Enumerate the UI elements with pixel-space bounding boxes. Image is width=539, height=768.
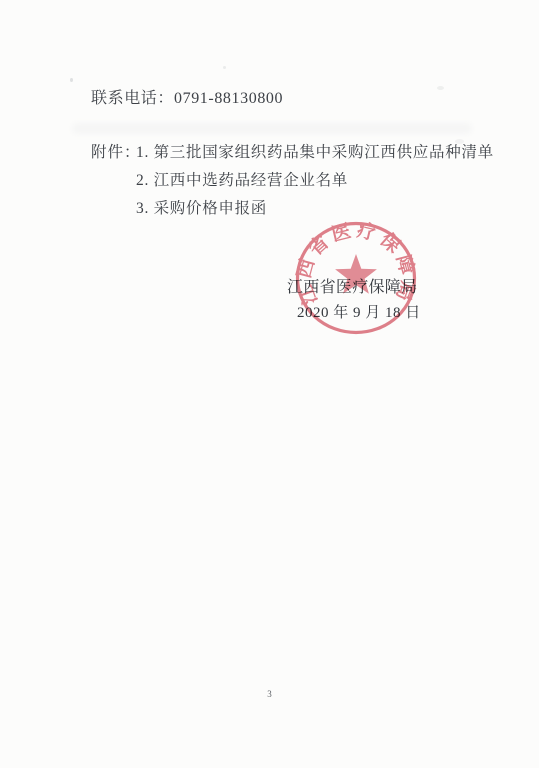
contact-phone-line: 联系电话：0791-88130800	[91, 85, 283, 108]
attachments-label: 附件：	[91, 140, 141, 162]
attachment-item: 3. 采购价格申报函	[136, 196, 267, 218]
seal-star-icon	[335, 254, 377, 294]
scan-bleed-artifact	[72, 123, 472, 134]
scan-speck	[70, 78, 73, 82]
document-page: 联系电话：0791-88130800 附件： 1. 第三批国家组织药品集中采购江…	[0, 0, 539, 768]
official-seal: 江西省医疗保障局	[291, 220, 421, 338]
scan-speck	[223, 66, 226, 69]
attachment-item: 1. 第三批国家组织药品集中采购江西供应品种清单	[136, 140, 494, 162]
scan-speck	[437, 86, 444, 90]
page-number: 3	[0, 689, 539, 699]
attachment-item: 2. 江西中选药品经营企业名单	[136, 168, 348, 190]
